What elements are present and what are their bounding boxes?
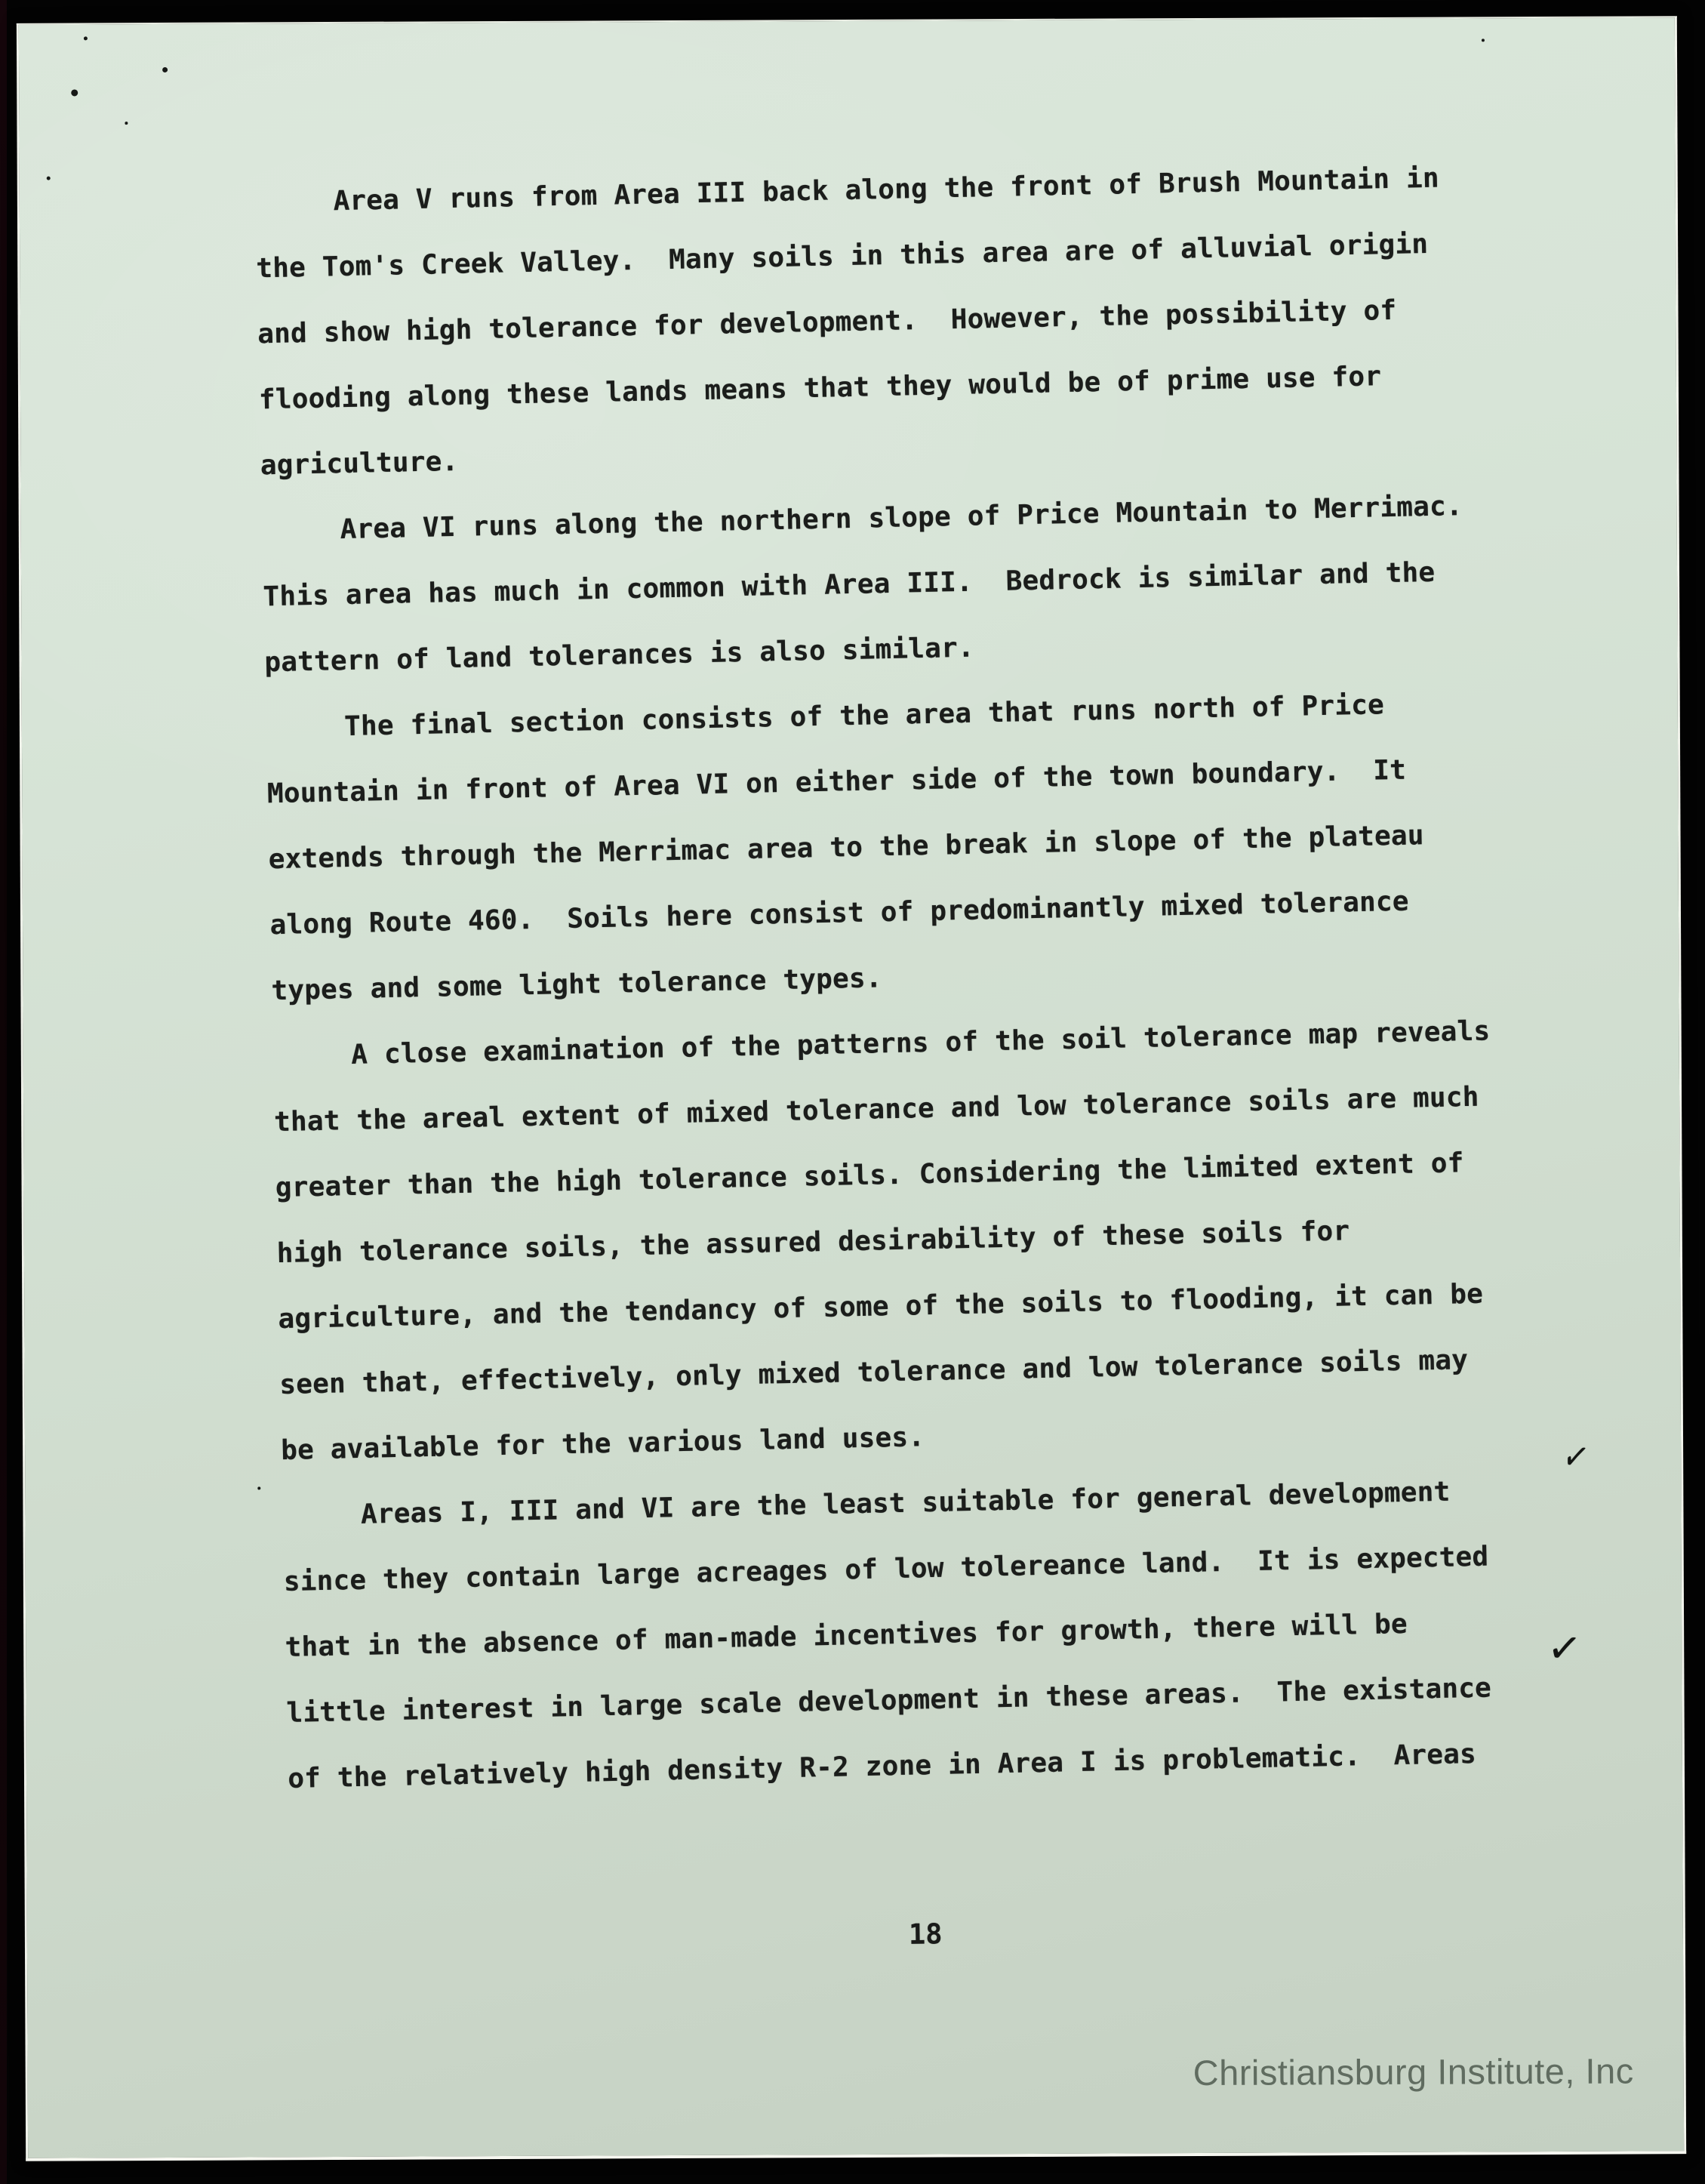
page-number: 18: [908, 1901, 943, 1967]
handwritten-checkmark: ✓: [1559, 1433, 1593, 1481]
paper-speck: [84, 36, 88, 40]
document-page: Area V runs from Area III back along the…: [17, 16, 1686, 2161]
paper-speck: [257, 1486, 260, 1489]
paper-speck: [71, 89, 78, 96]
handwritten-checkmark: ✓: [1545, 1623, 1583, 1674]
scan-background: { "page": { "number": "18", "watermark":…: [0, 0, 1705, 2184]
scan-edge-artifact: [0, 0, 7, 2184]
paper-speck: [47, 177, 51, 180]
paper-speck: [162, 67, 168, 72]
watermark: Christiansburg Institute, Inc: [1193, 2050, 1634, 2093]
paper-speck: [125, 122, 128, 125]
typewritten-text: Area V runs from Area III back along the…: [254, 143, 1571, 1812]
paper-speck: [1482, 39, 1485, 42]
